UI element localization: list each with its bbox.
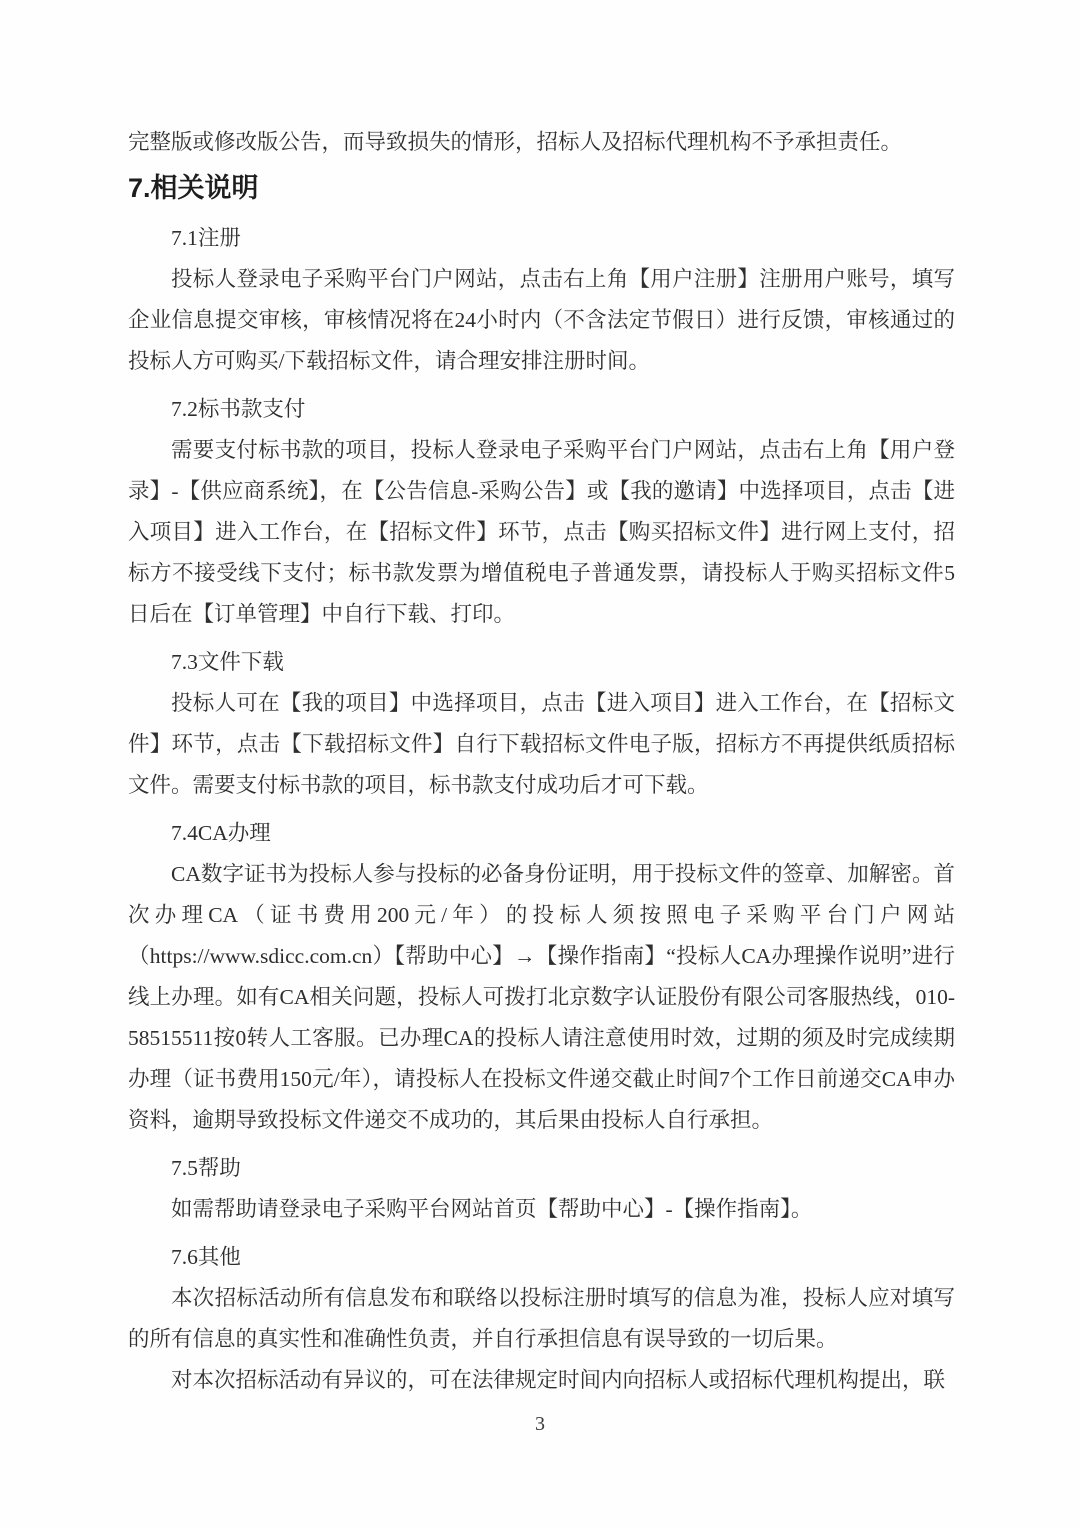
section-7-4: 7.4CA办理 CA数字证书为投标人参与投标的必备身份证明，用于投标文件的签章、…: [128, 813, 955, 1141]
subsection-title-other: 7.6其他: [128, 1237, 955, 1278]
subsection-title-file-download: 7.3文件下载: [128, 642, 955, 683]
section-7-2: 7.2标书款支付 需要支付标书款的项目，投标人登录电子采购平台门户网站，点击右上…: [128, 389, 955, 635]
subsection-title-help: 7.5帮助: [128, 1148, 955, 1189]
document-page: 完整版或修改版公告，而导致损失的情形，招标人及招标代理机构不予承担责任。 7.相…: [0, 0, 1080, 1528]
page-number: 3: [535, 1413, 545, 1435]
subsection-title-payment: 7.2标书款支付: [128, 389, 955, 430]
paragraph-ca-processing: CA数字证书为投标人参与投标的必备身份证明，用于投标文件的签章、加解密。首次办理…: [128, 854, 955, 1141]
paragraph-other-info: 本次招标活动所有信息发布和联络以投标注册时填写的信息为准，投标人应对填写的所有信…: [128, 1278, 955, 1360]
subsection-title-registration: 7.1注册: [128, 218, 955, 259]
paragraph-payment: 需要支付标书款的项目，投标人登录电子采购平台门户网站，点击右上角【用户登录】-【…: [128, 430, 955, 635]
page-footer: 3: [0, 1410, 1080, 1438]
paragraph-help: 如需帮助请登录电子采购平台网站首页【帮助中心】-【操作指南】。: [128, 1189, 955, 1230]
section-7-3: 7.3文件下载 投标人可在【我的项目】中选择项目，点击【进入项目】进入工作台，在…: [128, 642, 955, 806]
section-7-1: 7.1注册 投标人登录电子采购平台门户网站，点击右上角【用户注册】注册用户账号，…: [128, 218, 955, 382]
section-7-5: 7.5帮助 如需帮助请登录电子采购平台网站首页【帮助中心】-【操作指南】。: [128, 1148, 955, 1230]
paragraph-file-download: 投标人可在【我的项目】中选择项目，点击【进入项目】进入工作台，在【招标文件】环节…: [128, 683, 955, 806]
section-7-6: 7.6其他 本次招标活动所有信息发布和联络以投标注册时填写的信息为准，投标人应对…: [128, 1237, 955, 1401]
paragraph-other-objection: 对本次招标活动有异议的，可在法律规定时间内向招标人或招标代理机构提出，联: [128, 1360, 955, 1401]
subsection-title-ca-processing: 7.4CA办理: [128, 813, 955, 854]
section-heading: 7.相关说明: [128, 165, 955, 211]
paragraph-continuation: 完整版或修改版公告，而导致损失的情形，招标人及招标代理机构不予承担责任。: [128, 122, 955, 163]
paragraph-registration: 投标人登录电子采购平台门户网站，点击右上角【用户注册】注册用户账号，填写企业信息…: [128, 259, 955, 382]
